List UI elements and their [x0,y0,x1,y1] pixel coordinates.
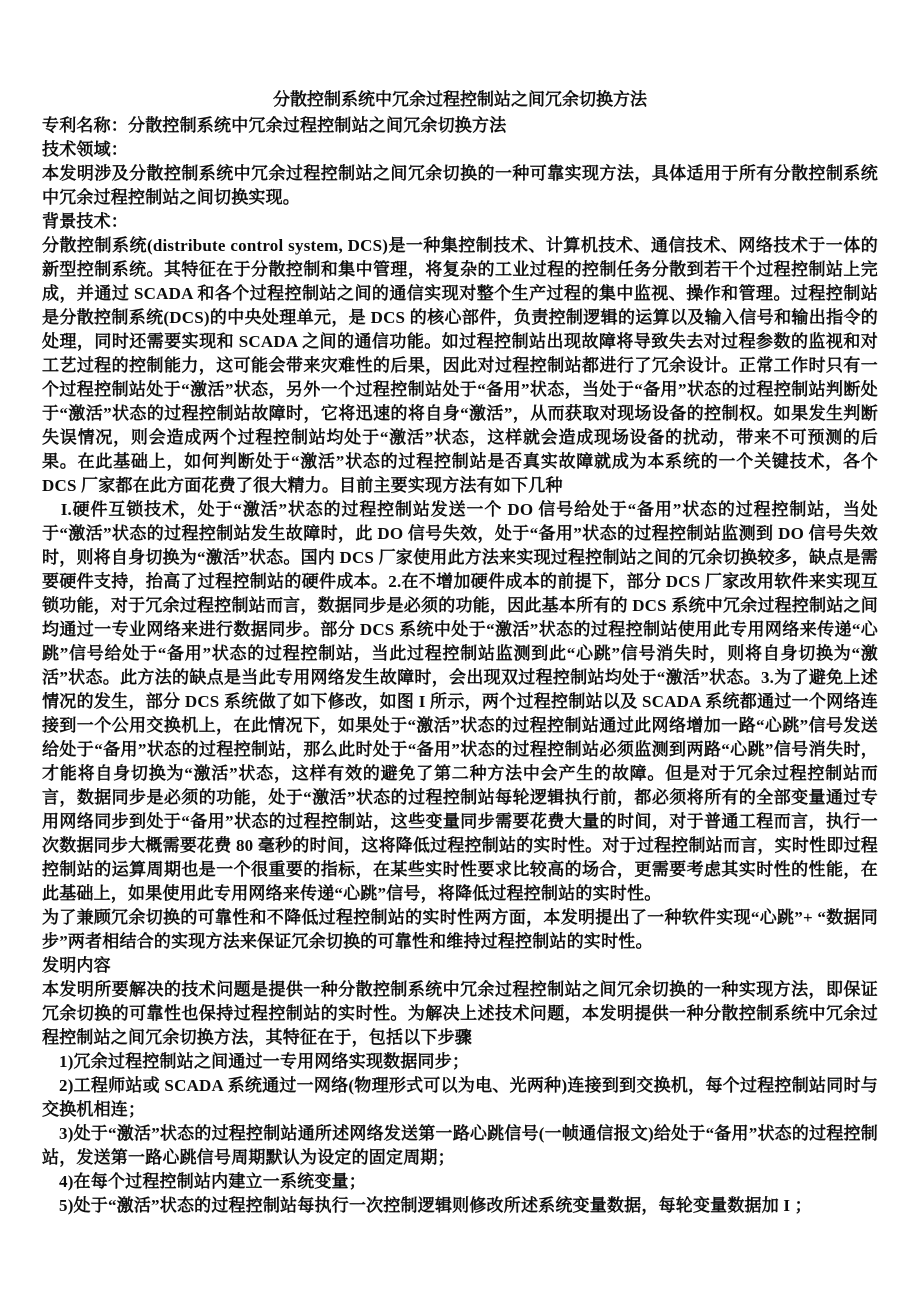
step-item: 2)工程师站或 SCADA 系统通过一网络(物理形式可以为电、光两种)连接到到交… [42,1074,878,1122]
step-item: 4)在每个过程控制站内建立一系统变量； [42,1170,878,1194]
paragraph: 本发明所要解决的技术问题是提供一种分散控制系统中冗余过程控制站之间冗余切换的一种… [42,978,878,1050]
paragraph: 本发明涉及分散控制系统中冗余过程控制站之间冗余切换的一种可靠实现方法，具体适用于… [42,162,878,210]
section-heading: 背景技术： [42,210,878,234]
indented-paragraph: I.硬件互锁技术，处于“激活”状态的过程控制站发送一个 DO 信号给处于“备用”… [42,498,878,906]
document-body: 专利名称：分散控制系统中冗余过程控制站之间冗余切换方法技术领域：本发明涉及分散控… [42,114,878,1218]
section-heading: 发明内容 [42,954,878,978]
paragraph: 分散控制系统(distribute control system, DCS)是一… [42,234,878,498]
step-item: 3)处于“激活”状态的过程控制站通所述网络发送第一路心跳信号(一帧通信报文)给处… [42,1122,878,1170]
patent-document-page: 分散控制系统中冗余过程控制站之间冗余切换方法 专利名称：分散控制系统中冗余过程控… [0,0,920,1302]
step-item: 5)处于“激活”状态的过程控制站每执行一次控制逻辑则修改所述系统变量数据，每轮变… [42,1194,878,1218]
section-heading: 技术领域： [42,138,878,162]
step-item: 1)冗余过程控制站之间通过一专用网络实现数据同步； [42,1050,878,1074]
paragraph: 为了兼顾冗余切换的可靠性和不降低过程控制站的实时性两方面，本发明提出了一种软件实… [42,906,878,954]
document-title: 分散控制系统中冗余过程控制站之间冗余切换方法 [42,88,878,112]
patent-name-line: 专利名称：分散控制系统中冗余过程控制站之间冗余切换方法 [42,114,878,138]
